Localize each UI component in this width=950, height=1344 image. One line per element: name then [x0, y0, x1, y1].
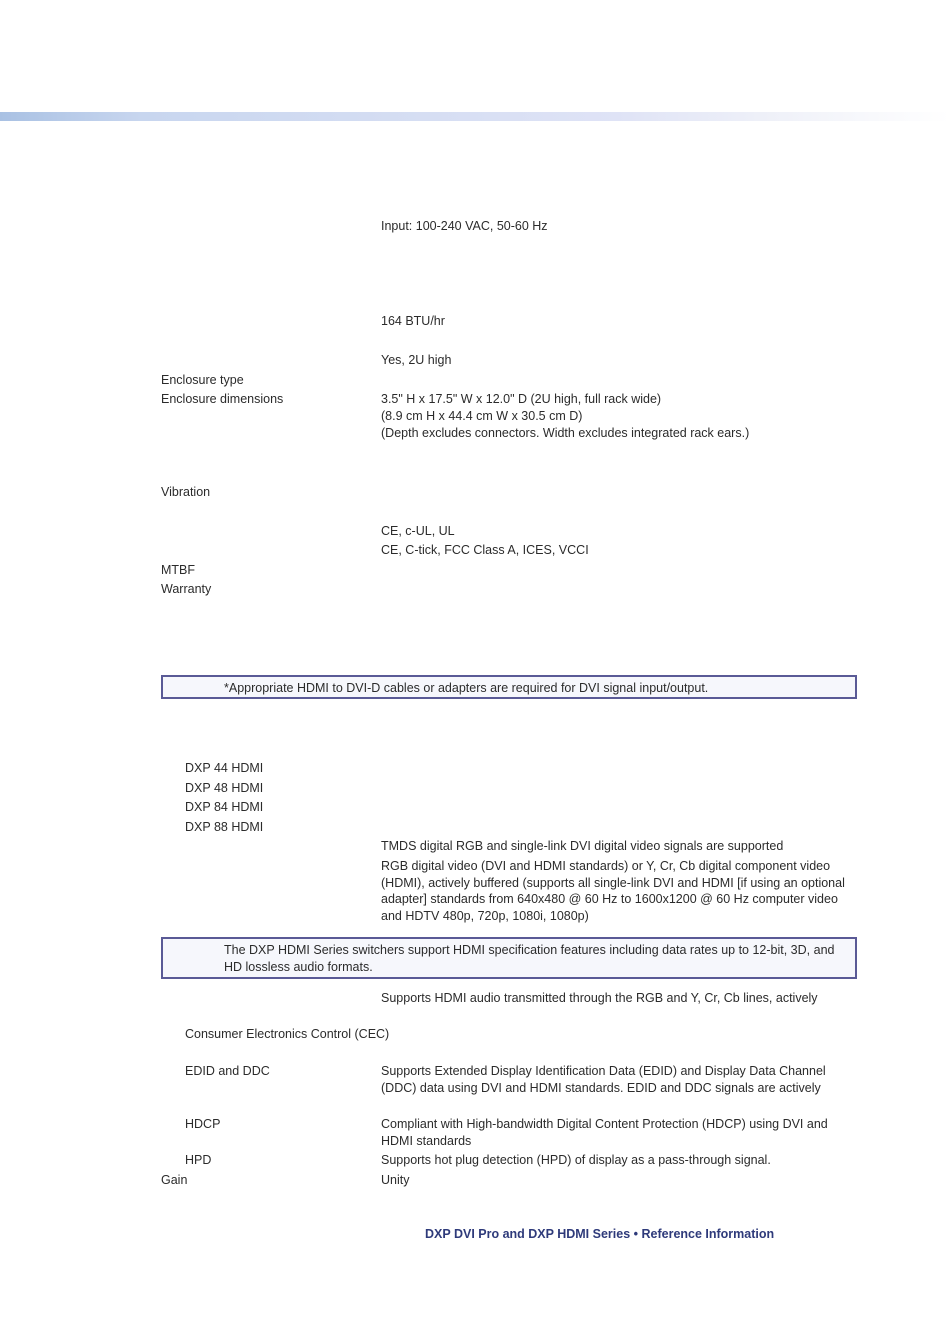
model-dxp44: DXP 44 HDMI: [185, 760, 263, 777]
edid-value: Supports Extended Display Identification…: [381, 1063, 856, 1096]
heat-dissipation-value: 164 BTU/hr: [381, 313, 445, 330]
model-dxp48: DXP 48 HDMI: [185, 780, 263, 797]
model-dxp88: DXP 88 HDMI: [185, 819, 263, 836]
enclosure-dimensions-line3: (Depth excludes connectors. Width exclud…: [381, 425, 749, 442]
emi-value: CE, C-tick, FCC Class A, ICES, VCCI: [381, 542, 589, 559]
enclosure-dimensions-line2: (8.9 cm H x 44.4 cm W x 30.5 cm D): [381, 408, 582, 425]
mtbf-label: MTBF: [161, 562, 195, 579]
note-box-hdmi: The DXP HDMI Series switchers support HD…: [161, 937, 857, 979]
edid-label: EDID and DDC: [185, 1063, 270, 1080]
enclosure-dimensions-line1: 3.5" H x 17.5" W x 12.0" D (2U high, ful…: [381, 391, 661, 408]
video-format: RGB digital video (DVI and HDMI standard…: [381, 858, 856, 924]
hdcp-label: HDCP: [185, 1116, 220, 1133]
hpd-label: HPD: [185, 1152, 211, 1169]
enclosure-dimensions-label: Enclosure dimensions: [161, 391, 283, 408]
enclosure-type-label: Enclosure type: [161, 372, 244, 389]
note-hdmi-text: The DXP HDMI Series switchers support HD…: [224, 942, 854, 975]
cec-label: Consumer Electronics Control (CEC): [185, 1026, 389, 1043]
note-box-dvi: *Appropriate HDMI to DVI-D cables or ada…: [161, 675, 857, 699]
gain-label: Gain: [161, 1172, 187, 1189]
hpd-value: Supports hot plug detection (HPD) of dis…: [381, 1152, 771, 1169]
safety-value: CE, c-UL, UL: [381, 523, 455, 540]
power-input-value: Input: 100-240 VAC, 50-60 Hz: [381, 218, 548, 235]
hdcp-value: Compliant with High-bandwidth Digital Co…: [381, 1116, 856, 1149]
vibration-label: Vibration: [161, 484, 210, 501]
hdmi-audio-value: Supports HDMI audio transmitted through …: [381, 990, 818, 1007]
header-gradient-bar: [0, 112, 950, 121]
warranty-label: Warranty: [161, 581, 211, 598]
rack-mount-value: Yes, 2U high: [381, 352, 451, 369]
note-dvi-text: *Appropriate HDMI to DVI-D cables or ada…: [224, 680, 854, 697]
page-footer: DXP DVI Pro and DXP HDMI Series • Refere…: [425, 1227, 774, 1241]
gain-value: Unity: [381, 1172, 409, 1189]
video-signal-support: TMDS digital RGB and single-link DVI dig…: [381, 838, 783, 855]
model-dxp84: DXP 84 HDMI: [185, 799, 263, 816]
